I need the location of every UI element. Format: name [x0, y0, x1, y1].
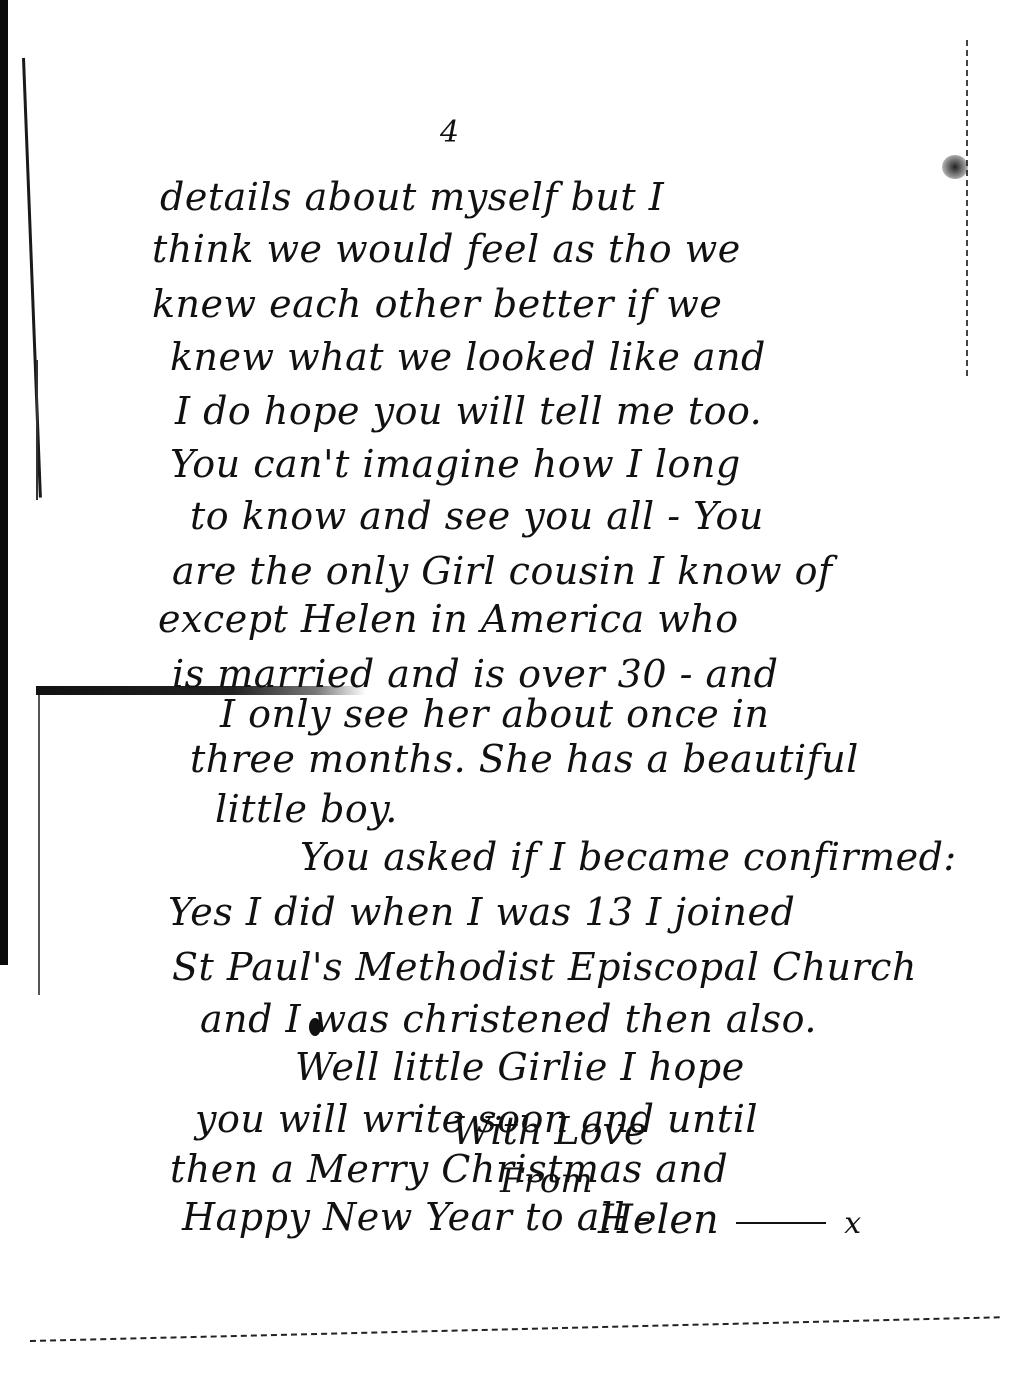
letter-line: knew each other better if we: [152, 285, 722, 323]
letter-line: St Paul's Methodist Episcopal Church: [172, 948, 917, 986]
letter-line: details about myself but I: [160, 178, 664, 216]
paper-edge-line: [38, 695, 40, 995]
letter-line: Happy New Year to all -: [182, 1198, 651, 1236]
letter-line: Yes I did when I was 13 I joined: [168, 893, 795, 931]
letter-line: Well little Girlie I hope: [295, 1048, 745, 1086]
from-label: From: [500, 1164, 593, 1198]
letter-line: to know and see you all - You: [190, 497, 764, 535]
page-number: 4: [440, 115, 459, 150]
signature-underline: [736, 1222, 826, 1224]
scan-right-edge: [966, 40, 968, 380]
letter-line: three months. She has a beautiful: [190, 740, 859, 778]
letter-line: except Helen in America who: [158, 600, 739, 638]
letter-line: then a Merry Christmas and: [170, 1150, 728, 1188]
letter-line: You asked if I became confirmed:: [300, 838, 957, 876]
letter-line: You can't imagine how I long: [170, 445, 741, 483]
letter-line: knew what we looked like and: [170, 338, 766, 376]
letter-line: and I was christened then also.: [200, 1000, 817, 1038]
scan-edge-shadow: [0, 0, 8, 965]
scan-bottom-edge: [30, 1316, 1000, 1344]
letter-line: think we would feel as tho we: [152, 230, 741, 268]
letter-line: is married and is over 30 - and: [172, 655, 778, 693]
letter-line: little boy.: [215, 790, 398, 828]
signature-mark: x: [844, 1206, 861, 1241]
letter-line: I only see her about once in: [220, 695, 769, 733]
signature: Helen x: [598, 1200, 861, 1240]
letter-line: are the only Girl cousin I know of: [172, 552, 833, 590]
letter-page: 4 details about myself but Ithink we wou…: [0, 0, 1018, 1380]
ink-smudge: [942, 155, 968, 179]
paper-fold-line: [22, 58, 42, 498]
valediction: With Love: [452, 1112, 646, 1150]
paper-fold-line-lower: [36, 360, 38, 500]
signature-name: Helen: [598, 1197, 719, 1243]
letter-line: I do hope you will tell me too.: [175, 392, 762, 430]
